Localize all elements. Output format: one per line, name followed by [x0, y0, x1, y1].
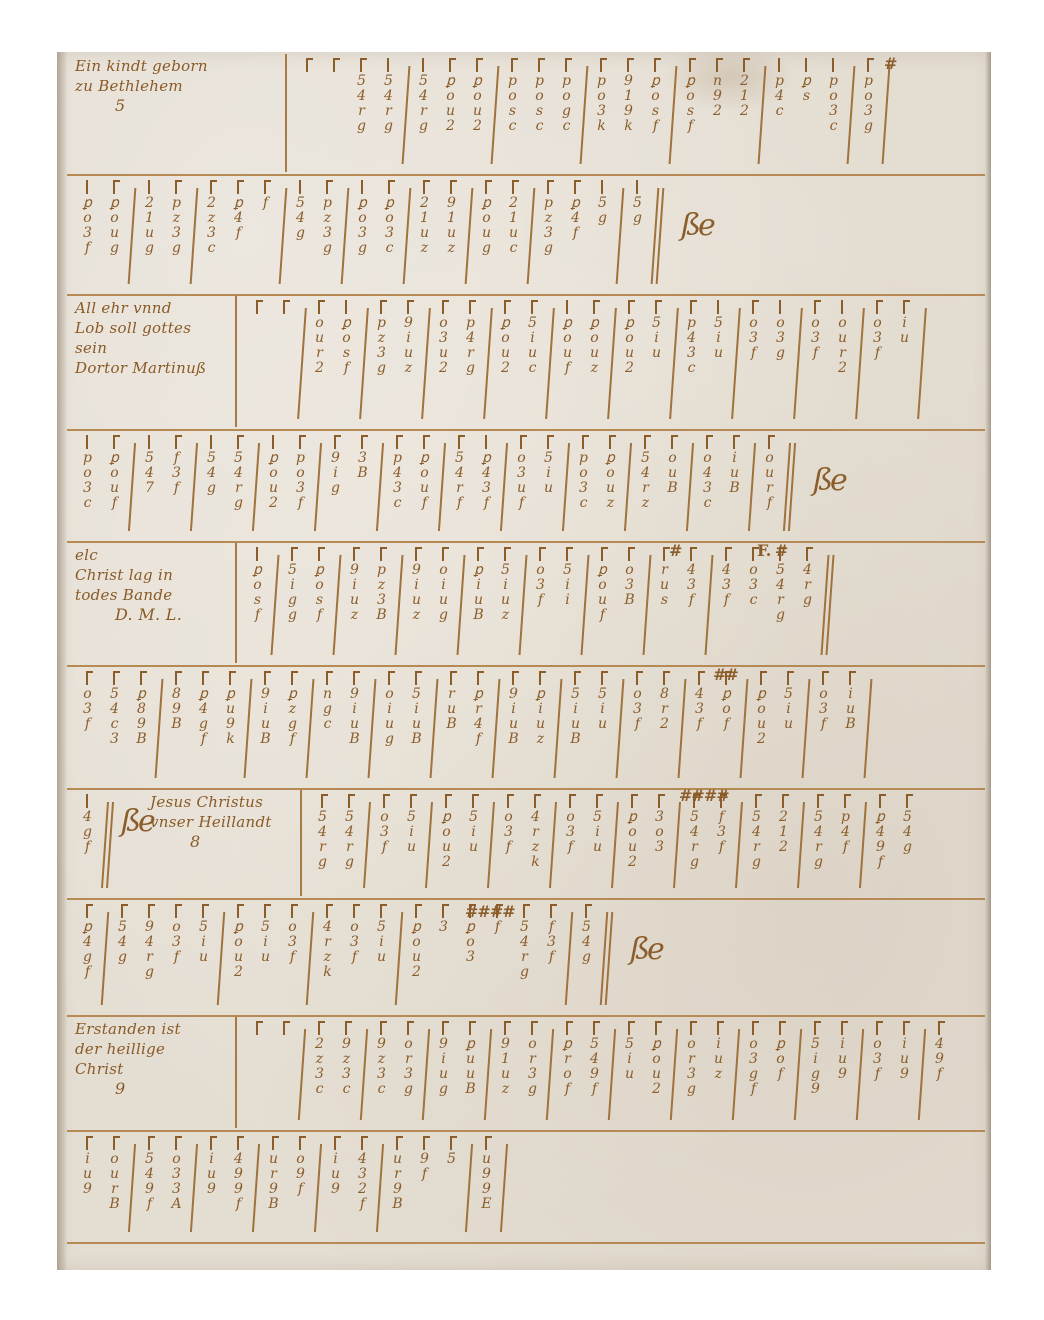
tab-symbol: 2	[439, 361, 448, 376]
rhythm-flag-icon	[82, 904, 94, 918]
tab-chord: o3f	[867, 1015, 888, 1082]
rhythm-flag-icon	[109, 1136, 121, 1150]
tab-symbol: B	[109, 1197, 119, 1212]
tab-symbol: f	[719, 840, 724, 855]
tab-symbol: 3	[172, 1167, 181, 1182]
barline	[740, 679, 749, 778]
tab-chord: ꝑo3c	[379, 174, 400, 256]
rhythm-flag-icon	[651, 1021, 663, 1035]
tab-symbol: 4	[296, 211, 305, 226]
tab-symbol: ꝑ	[802, 74, 811, 89]
tab-chord: iu	[894, 294, 915, 346]
tab-symbol: ꝑ	[269, 451, 278, 466]
tab-symbol: ꝑ	[412, 920, 421, 935]
tab-symbol: i	[387, 702, 391, 717]
tab-symbol: ꝑ	[628, 810, 637, 825]
tab-symbol: c	[343, 1082, 351, 1097]
tab-row-prelude: 4gfße	[77, 788, 153, 898]
barline	[859, 802, 867, 888]
tab-symbol: r	[642, 481, 649, 496]
tab-symbol: 1	[509, 211, 518, 226]
tab-symbol: f	[778, 1067, 783, 1082]
tab-row: 54rg54rg54rgꝑou2ꝑou2poscposcpogcpo3k919k…	[297, 52, 893, 174]
tab-symbol: ꝑ	[606, 451, 615, 466]
rhythm-flag-icon	[500, 547, 512, 561]
rhythm-flag-icon	[144, 180, 156, 194]
tab-chord: or3g	[398, 1015, 419, 1097]
tab-symbol: o	[633, 687, 641, 702]
barline	[297, 308, 307, 419]
tab-symbol: f	[875, 1067, 880, 1082]
barline	[252, 1144, 260, 1232]
tab-symbol: 4	[582, 935, 591, 950]
rhythm-flag-icon	[438, 547, 450, 561]
tab-symbol: s	[343, 346, 350, 361]
tab-symbol: u	[83, 1167, 92, 1182]
tab-chord: f3f	[541, 898, 562, 965]
tab-chord: o3B	[619, 541, 640, 608]
tab-symbol: u	[420, 226, 429, 241]
rhythm-flag-icon	[383, 58, 395, 72]
tab-symbol: p	[377, 563, 386, 578]
tab-symbol: i	[209, 1152, 213, 1167]
tab-symbol: 5	[288, 563, 297, 578]
tab-symbol: ꝑ	[473, 74, 482, 89]
tab-symbol: f	[201, 732, 206, 747]
rhythm-flag-icon	[810, 300, 822, 314]
tab-symbol: s	[687, 104, 694, 119]
barline	[580, 66, 589, 164]
tab-chord: ꝑ4f	[565, 174, 586, 241]
sharp-marks: F. #	[757, 541, 787, 560]
tab-row: iu9ourB549fo33Aiu9499fur9Bo9fiu9432fur9B…	[77, 1130, 511, 1242]
tab-chord: o3f	[867, 294, 888, 361]
tab-chord: o3u2	[433, 294, 454, 376]
tab-symbol: 5	[625, 1037, 634, 1052]
tab-row: ꝑo3fꝑoug21ugpz3g2z3cꝑ4ff54gpz3gꝑo3gꝑo3c2…	[77, 174, 713, 294]
tab-symbol: 8	[660, 687, 669, 702]
tab-symbol: g	[83, 825, 92, 840]
tab-symbol: f	[298, 496, 303, 511]
double-barline	[821, 555, 830, 655]
tab-symbol: z	[405, 361, 412, 376]
rhythm-flag-icon	[446, 671, 458, 685]
tab-symbol: f	[635, 717, 640, 732]
tab-symbol: 4	[935, 1037, 944, 1052]
tab-symbol: o	[110, 1152, 118, 1167]
tab-symbol: o	[625, 563, 633, 578]
tab-chord: 54g	[112, 898, 133, 965]
barline	[669, 308, 679, 419]
rhythm-flag-icon	[507, 58, 519, 72]
tab-symbol: i	[573, 702, 577, 717]
tab-symbol: i	[627, 1052, 631, 1067]
rhythm-flag-icon	[82, 794, 94, 808]
rhythm-flag-icon	[751, 794, 763, 808]
tab-chord: 5g	[592, 174, 613, 226]
tab-symbol: z	[173, 211, 180, 226]
tab-symbol: z	[324, 211, 331, 226]
tab-symbol: 4	[641, 466, 650, 481]
tab-symbol: z	[413, 608, 420, 623]
tab-symbol: r	[661, 563, 668, 578]
tab-symbol: o	[566, 810, 574, 825]
tab-symbol: ꝑ	[776, 1037, 785, 1052]
tab-symbol: 3	[323, 226, 332, 241]
tab-symbol: g	[776, 346, 785, 361]
tab-chord: 5iu	[778, 665, 799, 732]
tab-symbol: g	[357, 119, 366, 134]
barline	[465, 1144, 473, 1232]
tab-symbol: f	[255, 608, 260, 623]
tab-symbol: g	[752, 855, 761, 870]
rhythm-flag-icon	[314, 547, 326, 561]
rhythm-flag-icon	[171, 904, 183, 918]
tab-symbol: u	[226, 702, 235, 717]
tab-chord: 54g	[201, 429, 222, 496]
tab-row: po3cꝑouf547f3f54g54rgꝑou2po3f9ig3Bp43cꝑo…	[77, 429, 845, 541]
tab-symbol: i	[716, 1037, 720, 1052]
tab-symbol: 3	[829, 104, 838, 119]
tab-symbol: i	[471, 825, 475, 840]
tab-chord: 3B	[352, 429, 373, 481]
tab-symbol: u	[598, 593, 607, 608]
tab-symbol: i	[476, 578, 480, 593]
tab-symbol: 4	[323, 920, 332, 935]
tab-symbol: ꝑ	[466, 920, 475, 935]
rhythm-flag-icon	[775, 1021, 787, 1035]
tab-symbol: o	[110, 466, 118, 481]
tab-symbol: u	[261, 950, 270, 965]
tab-chord: o3f	[627, 665, 648, 732]
tab-chord: 21ug	[139, 174, 160, 256]
barline	[128, 188, 137, 284]
tab-chord: ngc	[317, 665, 338, 732]
tab-symbol: c	[324, 717, 332, 732]
tab-symbol: u	[439, 1067, 448, 1082]
piece-title: All ehr vnndLob soll gottesseinDortor Ma…	[75, 298, 206, 378]
tab-symbol: c	[208, 241, 216, 256]
tab-chord: 212	[734, 52, 755, 119]
rhythm-flag-icon	[651, 300, 663, 314]
tab-symbol: 3	[288, 935, 297, 950]
rhythm-flag-icon	[357, 180, 369, 194]
barline	[368, 679, 377, 778]
tab-symbol: u	[714, 1052, 723, 1067]
tab-symbol: B	[465, 1082, 475, 1097]
rhythm-flag-icon	[411, 671, 423, 685]
tab-symbol: 4	[775, 89, 784, 104]
rhythm-flag-icon	[562, 547, 574, 561]
tab-symbol: ꝑ	[315, 563, 324, 578]
tab-chord: p4rg	[460, 294, 481, 376]
tab-symbol: r	[467, 346, 474, 361]
tab-symbol: o	[315, 578, 323, 593]
tab-chord: ouB	[662, 429, 683, 496]
tab-chord: 9z3c	[371, 1015, 392, 1097]
tab-chord: 9iuz	[344, 541, 365, 623]
rhythm-flag-icon	[376, 1021, 388, 1035]
tab-symbol: 5	[318, 810, 327, 825]
tab-symbol: z	[421, 241, 428, 256]
tab-symbol: 9	[234, 1167, 243, 1182]
rhythm-flag-icon	[341, 1021, 353, 1035]
tab-symbol: g	[145, 241, 154, 256]
tab-symbol: 1	[501, 1052, 510, 1067]
tab-symbol: s	[316, 593, 323, 608]
tab-symbol: o	[749, 316, 757, 331]
tab-chord: 54rg	[312, 788, 333, 870]
tab-symbol: 2	[740, 74, 749, 89]
tab-symbol: 3	[83, 226, 92, 241]
tab-symbol: f	[422, 1167, 427, 1182]
tab-symbol: f	[484, 496, 489, 511]
tab-symbol: o	[579, 466, 587, 481]
tab-symbol: u	[350, 593, 359, 608]
tab-chord: 54rg	[746, 788, 767, 870]
tab-symbol: r	[358, 104, 365, 119]
tab-chord: 3	[433, 898, 454, 935]
rhythm-flag-icon	[419, 435, 431, 449]
tab-symbol: 4	[358, 1152, 367, 1167]
tab-symbol: 7	[145, 481, 154, 496]
rhythm-flag-icon	[268, 1136, 280, 1150]
tab-chord: ꝑs	[796, 52, 817, 104]
tab-symbol: 5	[776, 563, 785, 578]
tab-symbol: o	[703, 451, 711, 466]
tab-symbol: u	[660, 578, 669, 593]
barline	[527, 188, 536, 284]
tab-symbol: ꝑ	[625, 316, 634, 331]
tab-symbol: 3	[655, 840, 664, 855]
tab-symbol: f	[506, 840, 511, 855]
rhythm-flag-icon	[379, 794, 391, 808]
tab-symbol: g	[318, 855, 327, 870]
tab-chord: 5igg	[282, 541, 303, 623]
tab-symbol: ꝑ	[137, 687, 146, 702]
barline	[492, 679, 501, 778]
rhythm-flag-icon	[349, 904, 361, 918]
rhythm-flag-icon	[640, 435, 652, 449]
tab-symbol: u	[838, 331, 847, 346]
tab-symbol: 4	[455, 466, 464, 481]
tab-chord: 5ig9	[805, 1015, 826, 1097]
tab-symbol: u	[838, 1052, 847, 1067]
barline	[669, 66, 678, 164]
rhythm-flag-icon	[535, 547, 547, 561]
tablature-system: elcChrist lag intodes BandeD. M. L.ꝑosf5…	[67, 541, 985, 667]
tab-symbol: r	[777, 593, 784, 608]
tab-symbol: o	[873, 1037, 881, 1052]
tab-symbol: f	[476, 732, 481, 747]
tab-symbol: 3	[547, 935, 556, 950]
tab-symbol: o	[288, 920, 296, 935]
rhythm-flag-icon	[570, 180, 582, 194]
tab-symbol: 3	[172, 226, 181, 241]
tab-symbol: u	[269, 481, 278, 496]
tab-chord: ꝑof	[770, 1015, 791, 1082]
tab-symbol: p	[535, 74, 544, 89]
tab-chord: ꝑosf	[247, 541, 268, 623]
tab-symbol: o	[473, 89, 481, 104]
tab-symbol: 4	[118, 935, 127, 950]
tablature-system: iu9ourB549fo33Aiu9499fur9Bo9fiu9432fur9B…	[67, 1130, 985, 1244]
tab-symbol: z	[448, 241, 455, 256]
tab-symbol: g	[520, 965, 529, 980]
tab-chord: ꝑzgf	[282, 665, 303, 747]
tab-chord: iu9	[201, 1130, 222, 1197]
tab-symbol: 4	[687, 563, 696, 578]
tab-symbol: i	[503, 578, 507, 593]
tab-symbol: g	[288, 608, 297, 623]
tab-symbol: f	[878, 855, 883, 870]
tab-symbol: 9	[393, 1182, 402, 1197]
tab-symbol: 5	[582, 920, 591, 935]
rhythm-flag-icon	[376, 904, 388, 918]
tab-symbol: o	[172, 920, 180, 935]
tab-symbol: 3	[439, 331, 448, 346]
tab-symbol: 5	[384, 74, 393, 89]
tab-chord: o3f	[282, 898, 303, 965]
rhythm-flag-icon	[322, 180, 334, 194]
tab-chord: 54c3	[104, 665, 125, 747]
tab-symbol: o	[412, 935, 420, 950]
tab-symbol: i	[902, 1037, 906, 1052]
tab-symbol: u	[625, 1067, 634, 1082]
tab-chord: pz3g	[371, 294, 392, 376]
tab-symbol: ꝑ	[563, 1037, 572, 1052]
tab-symbol: g	[690, 855, 699, 870]
tab-symbol: u	[234, 950, 243, 965]
tab-symbol: z	[378, 331, 385, 346]
tab-symbol: ꝑ	[234, 920, 243, 935]
rhythm-flag-icon	[279, 300, 291, 314]
tab-symbol: 3	[466, 950, 475, 965]
tab-chord: o9f	[290, 1130, 311, 1197]
tab-symbol: 5	[261, 920, 270, 935]
barline	[554, 679, 563, 778]
tab-symbol: B	[376, 608, 386, 623]
tab-symbol: ꝑ	[876, 810, 885, 825]
tab-symbol: o	[829, 89, 837, 104]
tab-chord: o3f	[498, 788, 519, 855]
tab-symbol: ꝑ	[234, 196, 243, 211]
barline	[565, 912, 574, 1005]
title-line: vnser Heillandt	[150, 812, 272, 832]
rhythm-flag-icon	[260, 671, 272, 685]
tab-chord: oiug	[433, 541, 454, 623]
tab-chord: ꝑouf	[104, 429, 125, 511]
rhythm-flag-icon	[872, 1021, 884, 1035]
tab-symbol: p	[544, 196, 553, 211]
tab-symbol: g	[528, 1082, 537, 1097]
tab-chord: 5iu	[619, 1015, 640, 1082]
tab-symbol: 5	[814, 810, 823, 825]
tab-symbol: o	[757, 702, 765, 717]
tab-chord: 43f	[689, 665, 710, 732]
tab-symbol: u	[404, 346, 413, 361]
rhythm-flag-icon	[473, 671, 485, 685]
tab-symbol: o	[562, 89, 570, 104]
rhythm-flag-icon	[605, 435, 617, 449]
barline	[244, 679, 253, 778]
tab-chord: 9iuB	[503, 665, 524, 747]
tab-symbol: 3	[811, 331, 820, 346]
title-line: sein	[75, 338, 206, 358]
rhythm-flag-icon	[562, 300, 574, 314]
tab-symbol: o	[385, 211, 393, 226]
tab-symbol: f	[565, 361, 570, 376]
tab-chord: o3f	[530, 541, 551, 608]
rhythm-flag-icon	[778, 794, 790, 808]
barline	[376, 1144, 384, 1232]
barline	[802, 679, 811, 778]
tab-symbol: o	[501, 331, 509, 346]
rhythm-flag-icon	[144, 435, 156, 449]
tab-symbol: f	[317, 608, 322, 623]
rhythm-flag-icon	[729, 435, 741, 449]
barline	[546, 1029, 554, 1120]
tab-chord: ꝑ4gf	[193, 665, 214, 747]
tab-symbol: 1	[447, 211, 456, 226]
double-barline	[101, 802, 109, 888]
tab-symbol: 4	[234, 466, 243, 481]
tab-chord: 5iuz	[495, 541, 516, 623]
tab-symbol: ꝑ	[288, 687, 297, 702]
rhythm-flag-icon	[314, 300, 326, 314]
tab-symbol: 2	[652, 1082, 661, 1097]
tab-chord: 54g	[897, 788, 918, 855]
tab-chord: 43f	[681, 541, 702, 608]
rhythm-flag-icon	[534, 58, 546, 72]
tab-chord: ꝑou2	[228, 898, 249, 980]
tab-symbol: g	[199, 717, 208, 732]
tab-symbol: o	[380, 810, 388, 825]
tab-symbol: g	[83, 950, 92, 965]
tab-symbol: p	[562, 74, 571, 89]
tab-symbol: 9	[482, 1167, 491, 1182]
title-divider	[235, 543, 237, 663]
tab-symbol: u	[393, 1152, 402, 1167]
tab-symbol: u	[447, 226, 456, 241]
tab-symbol: r	[146, 950, 153, 965]
tab-symbol: k	[226, 732, 234, 747]
rhythm-flag-icon	[109, 671, 121, 685]
tab-symbol: g	[466, 361, 475, 376]
tab-symbol: 4	[803, 563, 812, 578]
finis-mark: ße	[681, 208, 713, 243]
tab-symbol: g	[633, 211, 642, 226]
tab-chord: o33A	[166, 1130, 187, 1212]
rhythm-flag-icon	[713, 1021, 725, 1035]
tab-symbol: o	[776, 1052, 784, 1067]
barline	[425, 802, 433, 888]
tab-symbol: 2	[234, 965, 243, 980]
tab-chord: ourB	[104, 1130, 125, 1212]
tab-symbol: p	[597, 74, 606, 89]
rhythm-flag-icon	[357, 1136, 369, 1150]
tab-symbol: g	[384, 119, 393, 134]
tab-symbol: r	[661, 702, 668, 717]
tab-symbol: 5	[145, 451, 154, 466]
tab-symbol: u	[593, 840, 602, 855]
tab-chord: 4gf	[77, 788, 98, 855]
tab-symbol: 5	[345, 810, 354, 825]
tab-symbol: o	[442, 825, 450, 840]
rhythm-flag-icon	[802, 547, 814, 561]
tab-symbol: z	[378, 578, 385, 593]
tab-symbol: 4	[199, 702, 208, 717]
